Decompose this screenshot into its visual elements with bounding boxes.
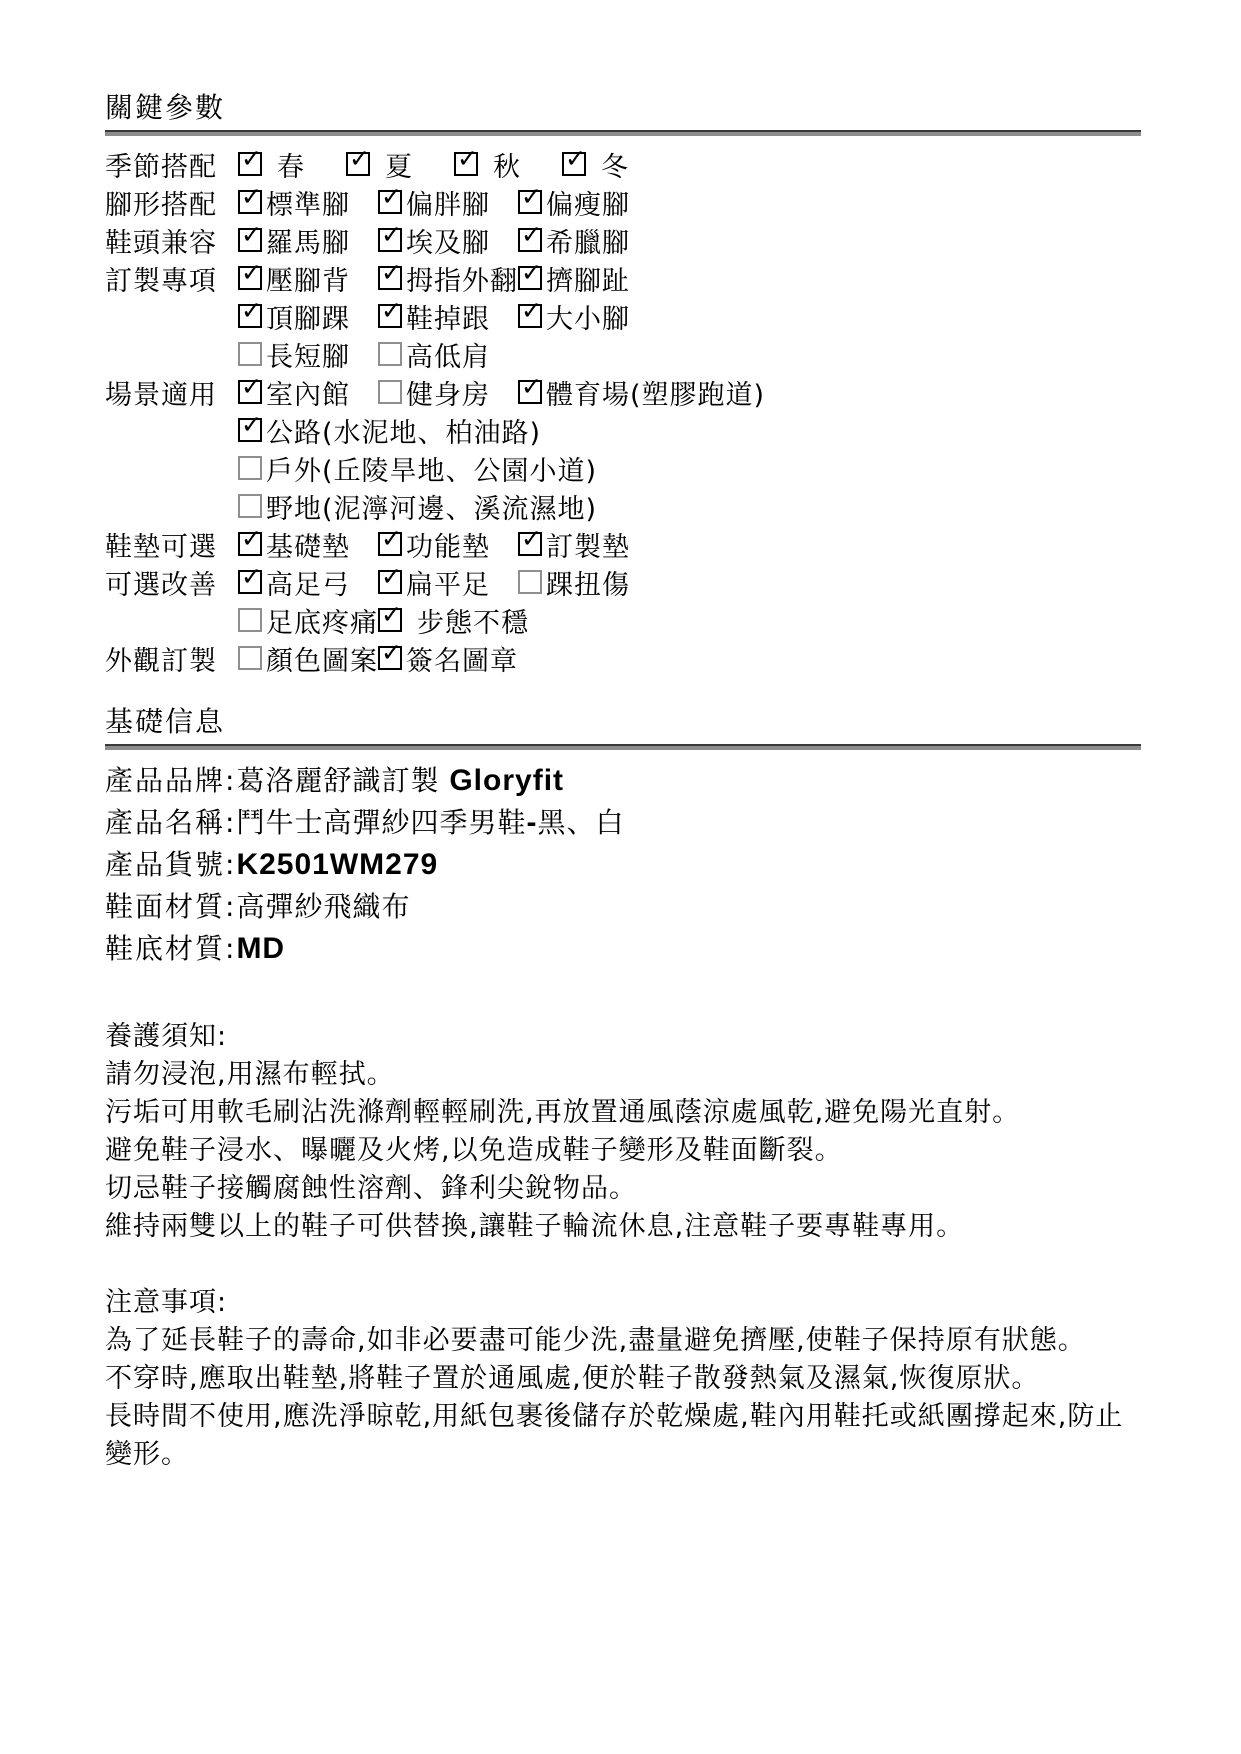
checkbox-checked-icon: ✓ [378,570,402,594]
info-value: 鬥牛士高彈紗四季男鞋 [236,806,526,839]
param-label: 可選改善 [105,563,238,602]
option-label: 基礎墊 [266,525,350,564]
paragraph-line: 長時間不使用,應洗淨晾乾,用紙包裹後儲存於乾燥處,鞋內用鞋托或紙團撐起來,防止變… [105,1398,1141,1474]
paragraph-line: 切忌鞋子接觸腐蝕性溶劑、鋒利尖銳物品。 [105,1170,1141,1208]
option-label: 秋 [493,145,521,184]
checkbox-checked-icon: ✓ [238,532,262,556]
option-label: 功能墊 [406,525,490,564]
param-option: ✓標準腳 [238,183,378,222]
check-mark-icon: ✓ [521,374,543,399]
param-option: 足底疼痛 [238,601,378,640]
section-divider [105,130,1141,136]
option-label: 公路(水泥地、柏油路) [266,411,541,450]
checkbox-checked-icon: ✓ [238,418,262,442]
precautions-section: 注意事項: 為了延長鞋子的壽命,如非必要盡可能少洗,盡量避免擠壓,使鞋子保持原有… [105,1284,1141,1474]
check-mark-icon: ✓ [241,146,263,171]
checkbox-unchecked-icon [378,342,402,366]
option-label: 室內館 [266,373,350,412]
param-label: 鞋頭兼容 [105,221,238,260]
section-title-basic-info: 基礎信息 [105,707,1141,737]
param-option: ✓鞋掉跟 [378,297,518,336]
param-option: ✓希臘腳 [518,221,658,260]
check-mark-icon: ✓ [521,184,543,209]
checkbox-checked-icon: ✓ [454,152,478,176]
param-option: ✓擠腳趾 [518,259,658,298]
checkbox-checked-icon: ✓ [238,304,262,328]
param-row: 場景適用✓室內館健身房✓體育場(塑膠跑道) [105,373,1141,411]
checkbox-checked-icon: ✓ [378,646,402,670]
option-label: 頂腳踝 [266,297,350,336]
paragraph-line: 為了延長鞋子的壽命,如非必要盡可能少洗,盡量避免擠壓,使鞋子保持原有狀態。 [105,1322,1141,1360]
param-option: ✓大小腳 [518,297,658,336]
option-label: 高低肩 [406,335,490,374]
info-value-bold: - [526,806,537,839]
check-mark-icon: ✓ [241,260,263,285]
checkbox-checked-icon: ✓ [238,228,262,252]
check-mark-icon: ✓ [241,412,263,437]
param-option: ✓訂製墊 [518,525,658,564]
check-mark-icon: ✓ [521,260,543,285]
checkbox-checked-icon: ✓ [378,608,402,632]
check-mark-icon: ✓ [349,146,371,171]
checkbox-unchecked-icon [238,456,262,480]
option-label: 夏 [385,145,413,184]
param-option: 健身房 [378,373,518,412]
info-value: 黑、白 [537,806,624,839]
param-option: 戶外(丘陵旱地、公園小道) [238,449,597,488]
check-mark-icon: ✓ [381,602,403,627]
param-option: ✓羅馬腳 [238,221,378,260]
param-option: ✓秋 [454,145,562,184]
checkbox-checked-icon: ✓ [378,266,402,290]
checkbox-checked-icon: ✓ [518,380,542,404]
info-value-bold: K2501WM279 [236,848,438,881]
check-mark-icon: ✓ [381,564,403,589]
param-option: ✓拇指外翻 [378,259,518,298]
param-option: ✓基礎墊 [238,525,378,564]
param-option: ✓室內館 [238,373,378,412]
check-mark-icon: ✓ [241,298,263,323]
param-row: 野地(泥濘河邊、溪流濕地) [105,487,1141,525]
checkbox-checked-icon: ✓ [378,228,402,252]
checkbox-checked-icon: ✓ [518,190,542,214]
option-label: 長短腳 [266,335,350,374]
param-option: ✓功能墊 [378,525,518,564]
param-row: 可選改善✓高足弓✓扁平足踝扭傷 [105,563,1141,601]
option-label: 高足弓 [266,563,350,602]
checkbox-unchecked-icon [238,608,262,632]
option-label: 偏瘦腳 [546,183,630,222]
document-page: 關鍵參數 季節搭配✓春✓夏✓秋✓冬腳形搭配✓標準腳✓偏胖腳✓偏瘦腳鞋頭兼容✓羅馬… [0,0,1241,1754]
checkbox-checked-icon: ✓ [346,152,370,176]
info-line: 鞋底材質:MD [105,928,1141,970]
param-row: 鞋墊可選✓基礎墊✓功能墊✓訂製墊 [105,525,1141,563]
param-label: 場景適用 [105,373,238,412]
checkbox-checked-icon: ✓ [378,304,402,328]
param-option: ✓壓腳背 [238,259,378,298]
param-label: 外觀訂製 [105,639,238,678]
care-instructions-title: 養護須知: [105,1018,1141,1056]
check-mark-icon: ✓ [381,298,403,323]
checkbox-checked-icon: ✓ [378,532,402,556]
check-mark-icon: ✓ [241,222,263,247]
checkbox-checked-icon: ✓ [238,190,262,214]
param-label: 季節搭配 [105,145,238,184]
param-row: 戶外(丘陵旱地、公園小道) [105,449,1141,487]
check-mark-icon: ✓ [241,526,263,551]
option-label: 拇指外翻 [406,259,518,298]
section-title-key-parameters: 關鍵參數 [105,93,1141,123]
option-label: 足底疼痛 [266,601,378,640]
option-label: 步態不穩 [417,601,529,640]
option-label: 大小腳 [546,297,630,336]
option-label: 偏胖腳 [406,183,490,222]
checkbox-checked-icon: ✓ [518,266,542,290]
info-line: 鞋面材質:高彈紗飛織布 [105,886,1141,928]
check-mark-icon: ✓ [381,526,403,551]
checkbox-checked-icon: ✓ [562,152,586,176]
param-row: 鞋頭兼容✓羅馬腳✓埃及腳✓希臘腳 [105,221,1141,259]
option-label: 春 [277,145,305,184]
option-label: 希臘腳 [546,221,630,260]
info-label: 產品名稱: [105,806,236,839]
info-label: 鞋底材質: [105,932,236,965]
option-label: 健身房 [406,373,490,412]
param-row: 訂製專項✓壓腳背✓拇指外翻✓擠腳趾 [105,259,1141,297]
paragraph-line: 維持兩雙以上的鞋子可供替換,讓鞋子輪流休息,注意鞋子要專鞋專用。 [105,1208,1141,1246]
key-parameters-section: 關鍵參數 季節搭配✓春✓夏✓秋✓冬腳形搭配✓標準腳✓偏胖腳✓偏瘦腳鞋頭兼容✓羅馬… [105,93,1141,677]
checkbox-checked-icon: ✓ [238,380,262,404]
check-mark-icon: ✓ [241,564,263,589]
basic-info-section: 基礎信息 產品品牌:葛洛麗舒識訂製 Gloryfit產品名稱:鬥牛士高彈紗四季男… [105,707,1141,970]
param-option: 踝扭傷 [518,563,658,602]
param-row: 外觀訂製顏色圖案✓簽名圖章 [105,639,1141,677]
section-divider [105,744,1141,750]
param-option: ✓扁平足 [378,563,518,602]
param-option: ✓頂腳踝 [238,297,378,336]
param-row: ✓頂腳踝✓鞋掉跟✓大小腳 [105,297,1141,335]
checkbox-unchecked-icon [238,646,262,670]
check-mark-icon: ✓ [381,222,403,247]
check-mark-icon: ✓ [381,260,403,285]
param-option: ✓高足弓 [238,563,378,602]
param-row: 足底疼痛✓步態不穩 [105,601,1141,639]
checkbox-checked-icon: ✓ [378,190,402,214]
param-option: ✓埃及腳 [378,221,518,260]
param-label: 訂製專項 [105,259,238,298]
precautions-title: 注意事項: [105,1284,1141,1322]
option-label: 冬 [601,145,629,184]
checkbox-checked-icon: ✓ [518,304,542,328]
param-option: 長短腳 [238,335,378,374]
param-option: 顏色圖案 [238,639,378,678]
paragraph-line: 污垢可用軟毛刷沾洗滌劑輕輕刷洗,再放置通風蔭涼處風乾,避免陽光直射。 [105,1094,1141,1132]
checkbox-checked-icon: ✓ [238,266,262,290]
checkbox-unchecked-icon [238,494,262,518]
info-line: 產品貨號:K2501WM279 [105,844,1141,886]
param-row: 腳形搭配✓標準腳✓偏胖腳✓偏瘦腳 [105,183,1141,221]
basic-info-lines: 產品品牌:葛洛麗舒識訂製 Gloryfit產品名稱:鬥牛士高彈紗四季男鞋-黑、白… [105,760,1141,970]
check-mark-icon: ✓ [241,374,263,399]
checkbox-unchecked-icon [378,380,402,404]
info-label: 產品貨號: [105,848,236,881]
option-label: 羅馬腳 [266,221,350,260]
param-option: ✓偏瘦腳 [518,183,658,222]
param-option: ✓冬 [562,145,670,184]
checkbox-checked-icon: ✓ [518,228,542,252]
param-row: ✓公路(水泥地、柏油路) [105,411,1141,449]
checkbox-unchecked-icon [238,342,262,366]
option-label: 野地(泥濘河邊、溪流濕地) [266,487,597,526]
info-line: 產品名稱:鬥牛士高彈紗四季男鞋-黑、白 [105,802,1141,844]
param-option: ✓體育場(塑膠跑道) [518,373,765,412]
care-instructions-lines: 請勿浸泡,用濕布輕拭。污垢可用軟毛刷沾洗滌劑輕輕刷洗,再放置通風蔭涼處風乾,避免… [105,1056,1141,1246]
info-label: 鞋面材質: [105,890,236,923]
info-value: 高彈紗飛織布 [236,890,410,923]
check-mark-icon: ✓ [381,184,403,209]
option-label: 壓腳背 [266,259,350,298]
checkbox-checked-icon: ✓ [518,532,542,556]
check-mark-icon: ✓ [241,184,263,209]
info-value-bold: MD [236,932,285,965]
paragraph-line: 不穿時,應取出鞋墊,將鞋子置於通風處,便於鞋子散發熱氣及濕氣,恢復原狀。 [105,1360,1141,1398]
param-option: ✓公路(水泥地、柏油路) [238,411,541,450]
param-option: ✓偏胖腳 [378,183,518,222]
option-label: 擠腳趾 [546,259,630,298]
paragraph-line: 請勿浸泡,用濕布輕拭。 [105,1056,1141,1094]
option-label: 鞋掉跟 [406,297,490,336]
paragraph-line: 避免鞋子浸水、曝曬及火烤,以免造成鞋子變形及鞋面斷裂。 [105,1132,1141,1170]
param-option: ✓步態不穩 [378,601,529,640]
check-mark-icon: ✓ [521,222,543,247]
check-mark-icon: ✓ [521,526,543,551]
option-label: 戶外(丘陵旱地、公園小道) [266,449,597,488]
param-option: ✓簽名圖章 [378,639,518,678]
info-label: 產品品牌: [105,764,236,797]
checkbox-checked-icon: ✓ [238,570,262,594]
param-option: ✓春 [238,145,346,184]
param-row: 長短腳高低肩 [105,335,1141,373]
info-value: 葛洛麗舒識訂製 [236,764,449,797]
param-row: 季節搭配✓春✓夏✓秋✓冬 [105,145,1141,183]
precautions-lines: 為了延長鞋子的壽命,如非必要盡可能少洗,盡量避免擠壓,使鞋子保持原有狀態。不穿時… [105,1322,1141,1474]
option-label: 標準腳 [266,183,350,222]
option-label: 訂製墊 [546,525,630,564]
info-line: 產品品牌:葛洛麗舒識訂製 Gloryfit [105,760,1141,802]
care-instructions-section: 養護須知: 請勿浸泡,用濕布輕拭。污垢可用軟毛刷沾洗滌劑輕輕刷洗,再放置通風蔭涼… [105,1018,1141,1246]
param-option: 高低肩 [378,335,518,374]
param-option: ✓夏 [346,145,454,184]
check-mark-icon: ✓ [381,640,403,665]
option-label: 顏色圖案 [266,639,378,678]
option-label: 踝扭傷 [546,563,630,602]
check-mark-icon: ✓ [457,146,479,171]
param-label: 鞋墊可選 [105,525,238,564]
option-label: 扁平足 [406,563,490,602]
check-mark-icon: ✓ [565,146,587,171]
param-label: 腳形搭配 [105,183,238,222]
option-label: 埃及腳 [406,221,490,260]
param-option: 野地(泥濘河邊、溪流濕地) [238,487,597,526]
info-value-bold: Gloryfit [449,764,564,797]
option-label: 簽名圖章 [406,639,518,678]
check-mark-icon: ✓ [521,298,543,323]
option-label: 體育場(塑膠跑道) [546,373,765,412]
checkbox-checked-icon: ✓ [238,152,262,176]
checkbox-unchecked-icon [518,570,542,594]
key-parameters-rows: 季節搭配✓春✓夏✓秋✓冬腳形搭配✓標準腳✓偏胖腳✓偏瘦腳鞋頭兼容✓羅馬腳✓埃及腳… [105,145,1141,677]
